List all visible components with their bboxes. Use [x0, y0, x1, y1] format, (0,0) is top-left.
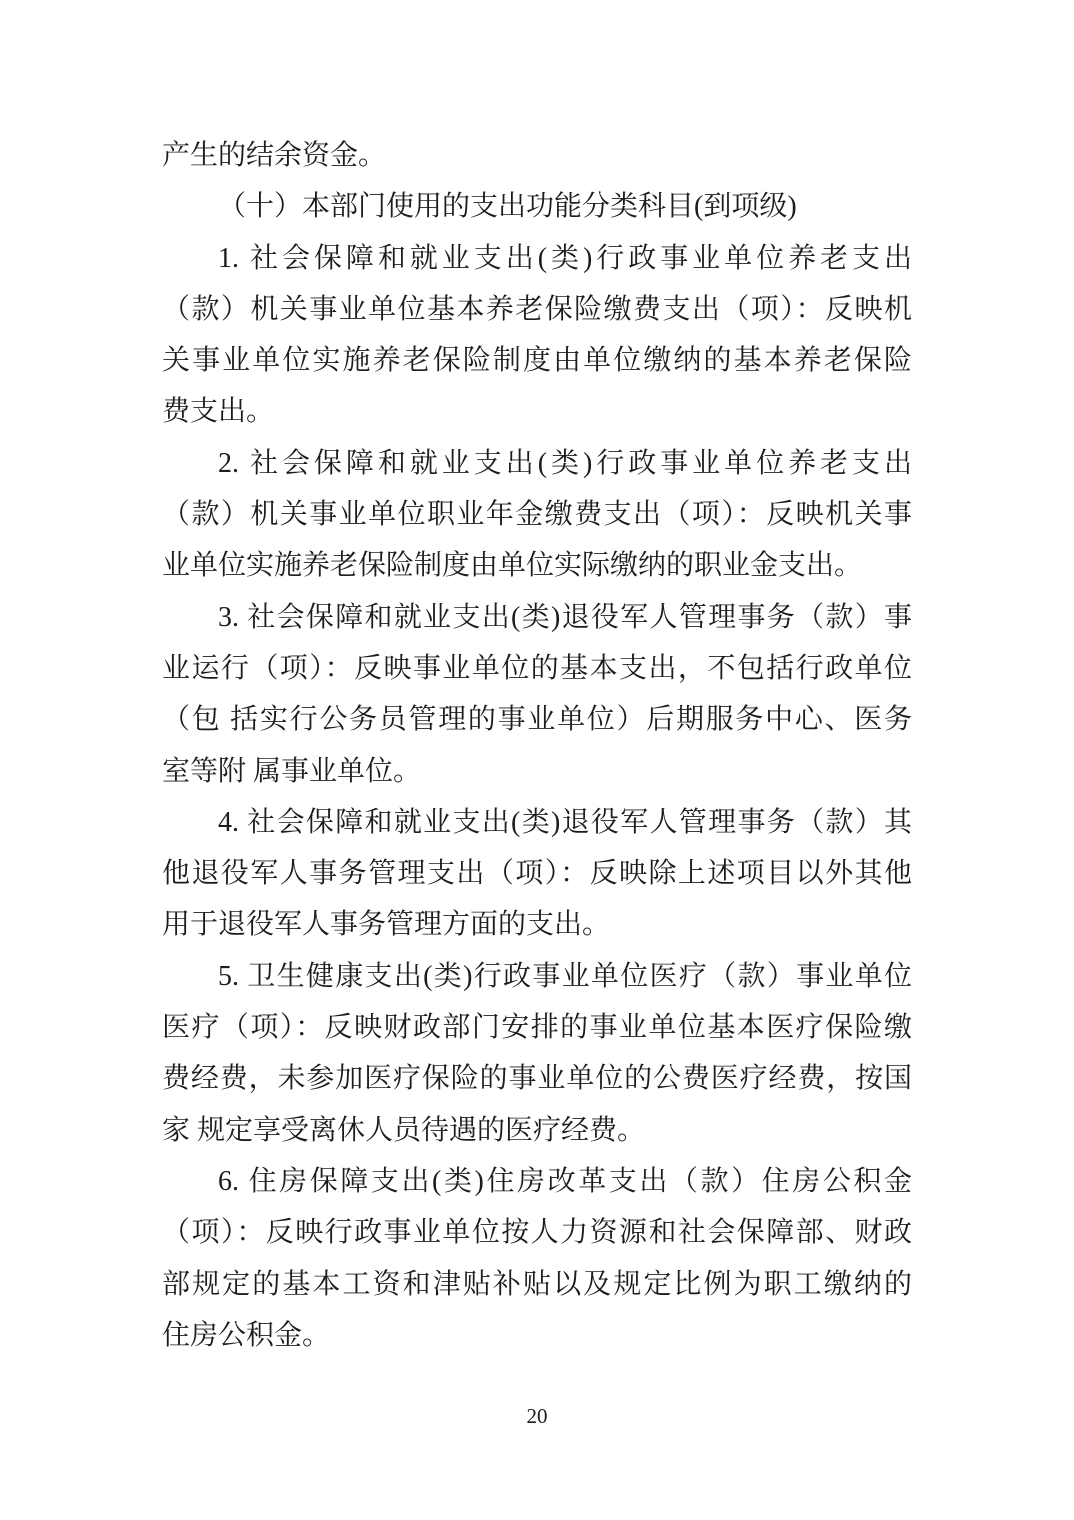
document-body: 产生的结余资金。（十）本部门使用的支出功能分类科目(到项级)1. 社会保障和就业…: [162, 130, 912, 1361]
text-line: 1. 社会保障和就业支出(类)行政事业单位养老支出: [162, 233, 912, 284]
text-line: 业单位实施养老保险制度由单位实际缴纳的职业金支出。: [162, 540, 912, 591]
text-line: （款）机关事业单位职业年金缴费支出（项）：反映机关事: [162, 489, 912, 540]
page-footer: 20: [0, 1404, 1074, 1429]
text-line: 他退役军人事务管理支出（项）：反映除上述项目以外其他: [162, 848, 912, 899]
document-page: { "document": { "language": "zh-CN", "ki…: [0, 0, 1074, 1520]
text-line: （十）本部门使用的支出功能分类科目(到项级): [162, 181, 912, 232]
text-line: 6. 住房保障支出(类)住房改革支出（款）住房公积金: [162, 1156, 912, 1207]
item-4: 4. 社会保障和就业支出(类)退役军人管理事务（款）其他退役军人事务管理支出（项…: [162, 797, 912, 951]
text-line: （项）：反映行政事业单位按人力资源和社会保障部、财政: [162, 1207, 912, 1258]
text-line: 住房公积金。: [162, 1310, 912, 1361]
text-line: 4. 社会保障和就业支出(类)退役军人管理事务（款）其: [162, 797, 912, 848]
item-6: 6. 住房保障支出(类)住房改革支出（款）住房公积金（项）：反映行政事业单位按人…: [162, 1156, 912, 1361]
continuation-paragraph: 产生的结余资金。: [162, 130, 912, 181]
text-line: 费经费，未参加医疗保险的事业单位的公费医疗经费，按国: [162, 1053, 912, 1104]
text-line: 5. 卫生健康支出(类)行政事业单位医疗（款）事业单位: [162, 951, 912, 1002]
text-line: 产生的结余资金。: [162, 130, 912, 181]
section-heading: （十）本部门使用的支出功能分类科目(到项级): [162, 181, 912, 232]
text-line: 家 规定享受离休人员待遇的医疗经费。: [162, 1105, 912, 1156]
text-line: 费支出。: [162, 386, 912, 437]
text-line: 关事业单位实施养老保险制度由单位缴纳的基本养老保险: [162, 335, 912, 386]
text-line: 3. 社会保障和就业支出(类)退役军人管理事务（款）事: [162, 592, 912, 643]
text-line: 2. 社会保障和就业支出(类)行政事业单位养老支出: [162, 438, 912, 489]
text-line: （款）机关事业单位基本养老保险缴费支出（项）：反映机: [162, 284, 912, 335]
page-background: 产生的结余资金。（十）本部门使用的支出功能分类科目(到项级)1. 社会保障和就业…: [0, 0, 1074, 1520]
text-line: 室等附 属事业单位。: [162, 746, 912, 797]
item-1: 1. 社会保障和就业支出(类)行政事业单位养老支出（款）机关事业单位基本养老保险…: [162, 233, 912, 438]
item-3: 3. 社会保障和就业支出(类)退役军人管理事务（款）事业运行（项）：反映事业单位…: [162, 592, 912, 797]
item-2: 2. 社会保障和就业支出(类)行政事业单位养老支出（款）机关事业单位职业年金缴费…: [162, 438, 912, 592]
text-line: （包 括实行公务员管理的事业单位）后期服务中心、医务: [162, 694, 912, 745]
text-line: 业运行（项）：反映事业单位的基本支出，不包括行政单位: [162, 643, 912, 694]
page-number: 20: [527, 1404, 548, 1428]
text-line: 部规定的基本工资和津贴补贴以及规定比例为职工缴纳的: [162, 1259, 912, 1310]
item-5: 5. 卫生健康支出(类)行政事业单位医疗（款）事业单位医疗（项）：反映财政部门安…: [162, 951, 912, 1156]
text-line: 用于退役军人事务管理方面的支出。: [162, 899, 912, 950]
text-line: 医疗（项）：反映财政部门安排的事业单位基本医疗保险缴: [162, 1002, 912, 1053]
